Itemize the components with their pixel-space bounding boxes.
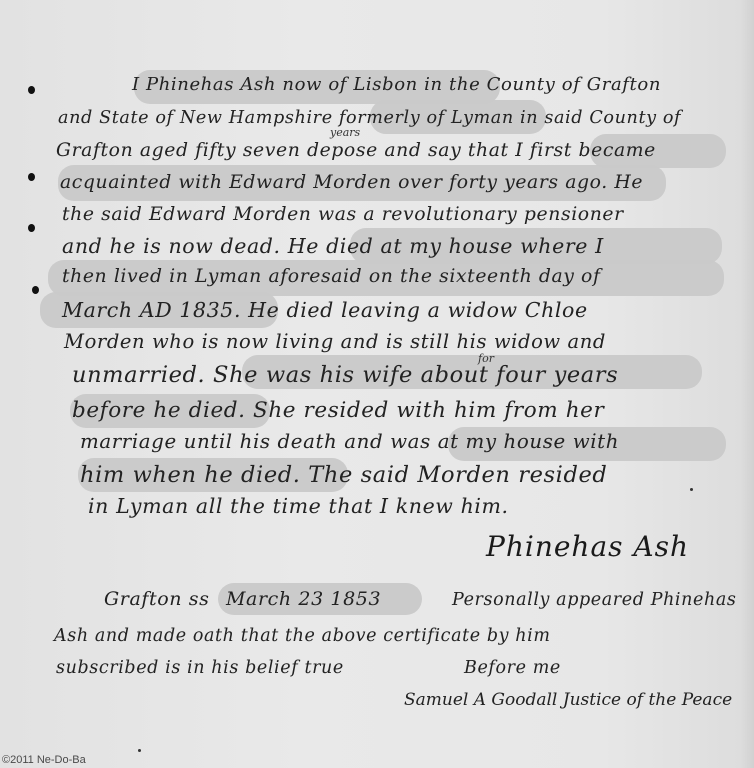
interlinear-years: years <box>330 126 360 139</box>
deposition-line-5: the said Edward Morden was a revolutiona… <box>62 204 624 225</box>
interlinear-for: for <box>478 352 494 365</box>
justice-signature: Samuel A Goodall Justice of the Peace <box>404 690 732 710</box>
deposition-line-8: March AD 1835. He died leaving a widow C… <box>62 298 588 322</box>
deposition-line-9: Morden who is now living and is still hi… <box>64 330 606 353</box>
deposition-line-14: in Lyman all the time that I knew him. <box>88 494 509 518</box>
deposition-line-12: marriage until his death and was at my h… <box>80 430 619 453</box>
margin-bullet <box>32 286 39 294</box>
deposition-line-3: Grafton aged fifty seven depose and say … <box>56 140 656 161</box>
deposition-line-10: unmarried. She was his wife about four y… <box>72 362 618 388</box>
margin-bullet <box>28 173 35 181</box>
deposition-line-13: him when he died. The said Morden reside… <box>80 462 607 488</box>
jurat-line-3: subscribed is in his belief true <box>56 658 344 678</box>
deposition-line-6: and he is now dead. He died at my house … <box>62 234 604 258</box>
ink-dot <box>690 488 693 491</box>
jurat-venue: Grafton ss <box>104 588 209 610</box>
jurat-date: March 23 1853 <box>226 588 381 610</box>
jurat-before-me: Before me <box>464 658 561 678</box>
deposition-line-4: acquainted with Edward Morden over forty… <box>60 172 643 193</box>
jurat-line-1: Personally appeared Phinehas <box>452 590 736 610</box>
margin-bullet <box>28 224 35 232</box>
deposition-line-7: then lived in Lyman aforesaid on the six… <box>62 266 601 287</box>
deposition-line-2: and State of New Hampshire formerly of L… <box>58 108 681 128</box>
watermark: ©2011 Ne-Do-Ba <box>2 754 86 766</box>
document-page: I Phinehas Ash now of Lisbon in the Coun… <box>0 0 754 768</box>
deposition-line-1: I Phinehas Ash now of Lisbon in the Coun… <box>132 74 661 95</box>
deponent-signature: Phinehas Ash <box>486 530 689 563</box>
deposition-line-11: before he died. She resided with him fro… <box>72 398 604 423</box>
ink-dot <box>138 749 141 752</box>
page-edge-shadow <box>740 0 754 768</box>
jurat-line-2: Ash and made oath that the above certifi… <box>54 626 551 646</box>
margin-bullet <box>28 86 35 94</box>
